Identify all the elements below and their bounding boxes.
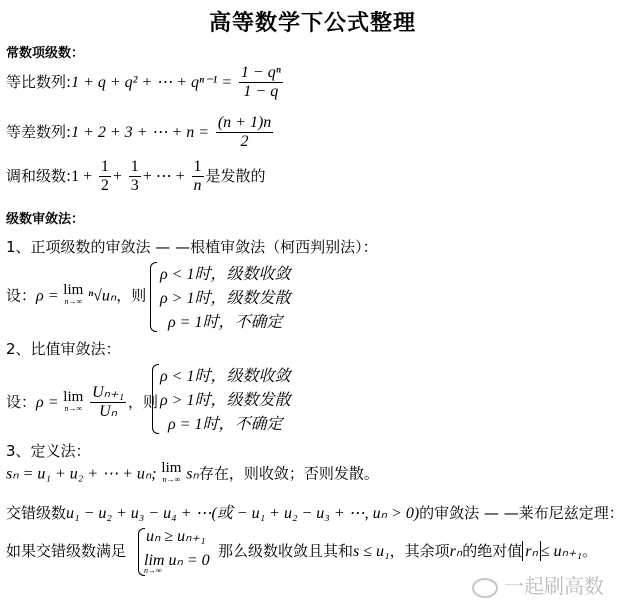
root-test-title: 1、正项级数的审敛法 — —根植审敛法（柯西判别法）： — [6, 236, 378, 257]
alternating-prefix: 交错级数 — [6, 504, 66, 522]
geometric-lhs: 1 + q + q² + ⋯ + qⁿ⁻¹ = — [71, 74, 232, 91]
limit-operator: limn→∞ — [63, 284, 83, 308]
rho-equals: ρ = — [36, 394, 58, 411]
definition-test-title: 3、定义法： — [6, 440, 91, 461]
fraction-numerator: 1 — [192, 158, 204, 177]
ratio-test-title: 2、比值审敛法： — [6, 338, 121, 359]
section-heading-convergence-tests: 级数审敛法： — [6, 208, 84, 227]
lim-text: lim — [63, 284, 83, 296]
set-label: 设： — [6, 287, 36, 305]
lim-text: lim — [161, 462, 181, 474]
fraction-numerator: Uₙ₊₁ — [90, 384, 126, 403]
harmonic-fraction-n: 1n — [192, 158, 204, 195]
fraction-denominator: n — [192, 177, 204, 195]
case-text: ρ = 1时，不确定 — [168, 416, 282, 433]
left-brace — [152, 364, 159, 434]
harmonic-series-formula: 调和级数:1 + 12+ 13+ ⋯ + 1n是发散的 — [6, 158, 266, 195]
ratio-case-2: ρ > 1时，级数发散 — [160, 387, 290, 410]
condition-text: uₙ ≥ uₙ₊₁ — [146, 528, 206, 545]
fraction-denominator: Uₙ — [97, 403, 119, 421]
ratio-case-1: ρ < 1时，级数收敛 — [160, 363, 290, 386]
limit-operator: limn→∞ — [161, 462, 181, 486]
section-heading-constant-series: 常数项级数： — [6, 42, 84, 61]
arithmetic-label: 等差数列: — [6, 123, 71, 141]
plus-ellipsis: + ⋯ + — [143, 168, 185, 185]
lim-subscript: n→∞ — [163, 474, 181, 486]
leibniz-condition-label: 如果交错级数满足 — [6, 540, 126, 561]
fraction-denominator: 3 — [129, 177, 141, 195]
remainder-absolute: rₙ — [522, 541, 541, 561]
period: 。 — [582, 542, 597, 560]
harmonic-label: 调和级数: — [6, 167, 71, 185]
sum-bound: s ≤ u₁ — [353, 543, 390, 560]
rho-equals: ρ = — [36, 288, 58, 305]
case-text: ρ > 1时，级数发散 — [160, 392, 290, 409]
leibniz-conclusion: 那么级数收敛且其和s ≤ u₁，其余项rₙ的绝对值rₙ≤ uₙ₊₁。 — [218, 540, 597, 561]
case-text: ρ < 1时，级数收敛 — [160, 368, 290, 385]
fraction-numerator: (n + 1)n — [216, 114, 273, 133]
lim-subscript: n→∞ — [64, 296, 82, 308]
fraction-denominator: 1 − q — [241, 83, 280, 101]
harmonic-fraction-1: 12 — [99, 158, 111, 195]
nth-root-expression: ⁿ√uₙ — [88, 288, 116, 305]
fraction-denominator: 2 — [99, 177, 111, 195]
definition-formula: sₙ = u₁ + u₂ + ⋯ + uₙ; limn→∞ sₙ存在，则收敛；否… — [6, 462, 379, 486]
remainder-term: rₙ — [450, 543, 463, 560]
root-case-1: ρ < 1时，级数收敛 — [160, 261, 290, 284]
wechat-icon — [472, 578, 498, 598]
case-text: ρ > 1时，级数发散 — [160, 290, 290, 307]
set-label: 设： — [6, 393, 36, 411]
geometric-fraction: 1 − qⁿ1 − q — [239, 64, 283, 101]
left-brace — [150, 262, 157, 332]
harmonic-lhs: 1 + — [71, 168, 92, 185]
fraction-numerator: 1 — [129, 158, 141, 177]
leibniz-condition-1: uₙ ≥ uₙ₊₁ — [146, 526, 206, 546]
fraction-numerator: 1 − qⁿ — [239, 64, 283, 83]
lim-text: lim — [63, 391, 83, 403]
case-text: ρ < 1时，级数收敛 — [160, 266, 290, 283]
conclusion-prefix: 那么级数收敛且其和 — [218, 542, 353, 560]
watermark: 一起刷高数 — [472, 570, 604, 599]
ratio-test-formula: 设：ρ = limn→∞ Uₙ₊₁Uₙ，则 — [6, 384, 158, 421]
alternating-expression: u₁ − u₂ + u₃ − u₄ + ⋯(或 − u₁ + u₂ − u₃ +… — [66, 505, 419, 522]
alternating-suffix: 的审敛法 — —莱布尼兹定理： — [419, 504, 624, 522]
fraction-denominator: 2 — [239, 133, 251, 151]
definition-text: 存在，则收敛；否则发散。 — [199, 465, 379, 483]
arithmetic-series-formula: 等差数列:1 + 2 + 3 + ⋯ + n = (n + 1)n2 — [6, 114, 275, 151]
limit-operator: limn→∞ — [63, 391, 83, 415]
arithmetic-fraction: (n + 1)n2 — [216, 114, 273, 151]
remainder-bound: ≤ uₙ₊₁ — [541, 543, 582, 560]
plus-sign: + — [113, 168, 122, 185]
harmonic-fraction-2: 13 — [129, 158, 141, 195]
case-text: ρ = 1时，不确定 — [168, 314, 282, 331]
sn-term: sₙ — [186, 466, 199, 483]
harmonic-suffix: 是发散的 — [206, 167, 266, 185]
geometric-label: 等比数列: — [6, 73, 71, 91]
fraction-numerator: 1 — [99, 158, 111, 177]
lim-subscript: n→∞ — [64, 403, 82, 415]
ratio-fraction: Uₙ₊₁Uₙ — [90, 384, 126, 421]
root-test-formula: 设：ρ = limn→∞ ⁿ√uₙ，则 — [6, 284, 146, 308]
conclusion-mid2: 的绝对值 — [462, 542, 522, 560]
root-case-2: ρ > 1时，级数发散 — [160, 285, 290, 308]
partial-sum-expression: sₙ = u₁ + u₂ + ⋯ + uₙ; — [6, 466, 157, 483]
alternating-series-title: 交错级数u₁ − u₂ + u₃ − u₄ + ⋯(或 − u₁ + u₂ − … — [6, 500, 624, 523]
root-case-3: ρ = 1时，不确定 — [168, 309, 282, 332]
arithmetic-lhs: 1 + 2 + 3 + ⋯ + n = — [71, 124, 209, 141]
conclusion-mid: ，其余项 — [390, 542, 450, 560]
geometric-series-formula: 等比数列:1 + q + q² + ⋯ + qⁿ⁻¹ = 1 − qⁿ1 − q — [6, 64, 285, 101]
lim-subscript: n→∞ — [144, 566, 162, 575]
page-title: 高等数学下公式整理 — [0, 6, 625, 37]
ratio-case-3: ρ = 1时，不确定 — [168, 411, 282, 434]
then-label: ，则 — [116, 287, 146, 305]
watermark-text: 一起刷高数 — [504, 574, 604, 598]
